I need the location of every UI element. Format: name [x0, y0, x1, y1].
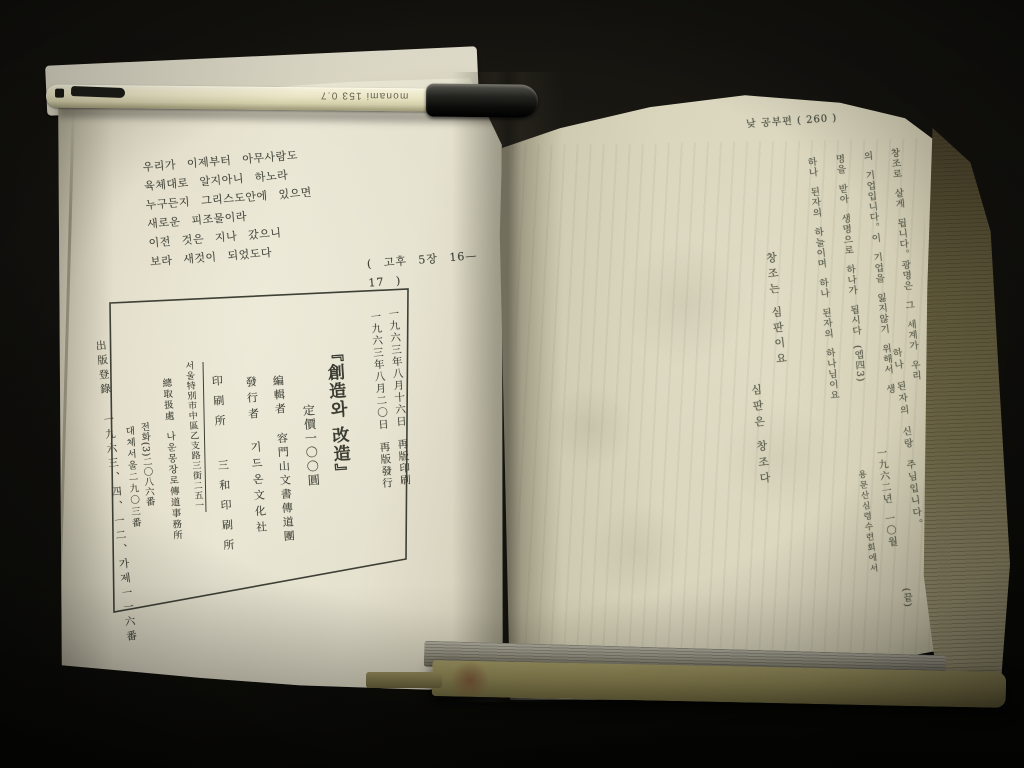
- pen-clip-detail: [55, 89, 64, 98]
- end-mark: (끝): [898, 587, 914, 608]
- book-cover-edge-left: [366, 672, 442, 688]
- ballpoint-pen: monami 153 0.7: [40, 71, 526, 124]
- pen-clip: [71, 86, 125, 98]
- pen-brand-text: monami 153 0.7: [278, 89, 450, 102]
- poem-block: 우리가 이제부터 아무사람도 육체대로 알지아니 하노라 누구든지 그리스도안에…: [142, 131, 493, 309]
- book-photo-scene: 우리가 이제부터 아무사람도 육체대로 알지아니 하노라 누구든지 그리스도안에…: [0, 0, 1024, 768]
